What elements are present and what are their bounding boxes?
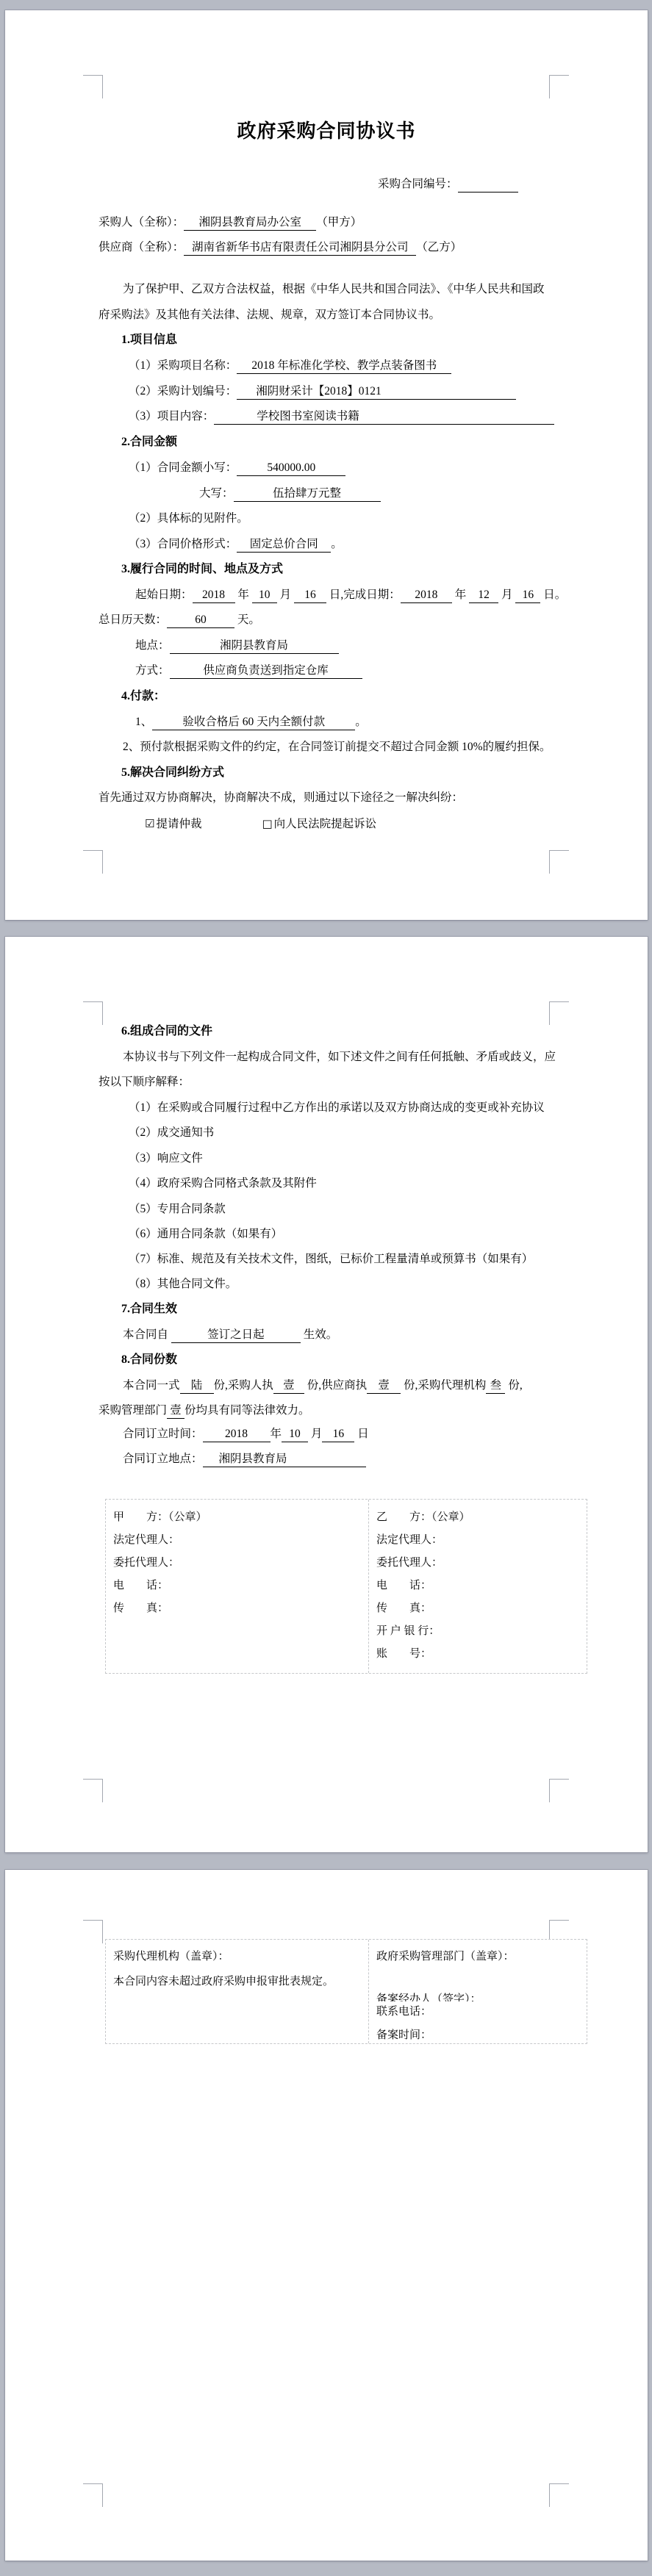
end-day-suffix: 日。: [543, 589, 566, 601]
seal-table: 采购代理机构（盖章）： 本合同内容未超过政府采购申报审批表规定。 政府采购管理部…: [105, 1939, 587, 2044]
amount-caps-label: 大写：: [199, 487, 234, 500]
table-row: 乙 方：（公章）: [376, 1510, 470, 1525]
contract-number-blank: [458, 192, 518, 193]
table-row: 法定代理人：: [376, 1533, 443, 1547]
copies-prefix: 本合同一式: [123, 1379, 180, 1392]
method-value: 供应商负责送到指定仓库: [170, 663, 362, 679]
agency-seal-title: 采购代理机构（盖章）：: [113, 1949, 229, 1964]
table-row: 委托代理人：: [113, 1555, 179, 1570]
section5-heading: 5.解决合同纠纷方式: [121, 765, 224, 781]
margin-mark-bottom-right: [549, 2483, 569, 2507]
supplier-line: 供应商（全称）：湖南省新华书店有限责任公司湘阴县分公司（乙方）: [98, 240, 462, 256]
table-row: 传 真：: [376, 1601, 431, 1616]
admin-registrar-label: 备案经办人（签字）：: [376, 1993, 481, 2001]
start-day: 16: [294, 588, 326, 603]
margin-mark-bottom-left: [83, 2483, 103, 2507]
table-row: 账 号：: [376, 1647, 431, 1661]
project-name-line: （1）采购项目名称：2018 年标准化学校、教学点装备图书: [129, 358, 451, 374]
page-3: 采购代理机构（盖章）： 本合同内容未超过政府采购申报审批表规定。 政府采购管理部…: [5, 1870, 648, 2561]
sign-time-year: 2018: [203, 1427, 271, 1442]
preamble-line-1: 为了保护甲、乙双方合法权益，根据《中华人民共和国合同法》、《中华人民共和国政: [123, 281, 545, 298]
buyer-value: 湘阴县教育局办公室: [184, 215, 316, 231]
admin-cell: 政府采购管理部门（盖章）： 备案经办人（签字）： 联系电话： 备案时间：: [368, 1940, 587, 2043]
calendar-days-line: 总日历天数：60 天。: [98, 612, 260, 628]
unit-year: 年: [237, 589, 249, 601]
margin-mark-top-right: [549, 1001, 569, 1025]
margin-mark-top-left: [83, 75, 103, 98]
project-name-label: （1）采购项目名称：: [129, 359, 237, 372]
copies-seg3: 份,采购代理机构: [404, 1379, 486, 1392]
buyer-label: 采购人（全称）：: [98, 216, 184, 229]
section1-heading: 1.项目信息: [121, 332, 177, 348]
effective-value: 签订之日起: [171, 1328, 301, 1343]
table-row: 电 话：: [376, 1578, 431, 1593]
place-label: 地点：: [135, 639, 170, 652]
arbitration-label: 提请仲裁: [156, 818, 201, 830]
method-label: 方式：: [135, 664, 170, 677]
end-month: 12: [469, 588, 498, 603]
copies-line1: 本合同一式陆份,采购人执壹 份,供应商执壹 份,采购代理机构叁 份,: [123, 1378, 523, 1394]
party-signature-table: 甲 方：（公章） 法定代理人： 委托代理人： 电 话： 传 真： 乙 方：（公章…: [105, 1499, 587, 1674]
amount-label: （1）合同金额小写：: [129, 461, 237, 474]
agency-note: 本合同内容未超过政府采购申报审批表规定。: [113, 1974, 334, 1989]
admin-registrar-clipped: 备案经办人（签字）：: [376, 1992, 481, 2001]
doc-list-item: （5）专用合同条款: [129, 1201, 226, 1217]
project-content-line: （3）项目内容：学校图书室阅读书籍: [129, 409, 554, 425]
section6-heading: 6.组成合同的文件: [121, 1023, 212, 1040]
copies-line2-suffix: 份均具有同等法律效力。: [185, 1404, 310, 1417]
section4-heading: 4.付款：: [121, 688, 165, 705]
preamble-line-2: 府采购法》及其他有关法律、法规、规章，双方签订本合同协议书。: [98, 307, 440, 323]
sign-time-line: 合同订立时间：2018年10 月16 日: [123, 1426, 369, 1442]
price-form-suffix: 。: [331, 538, 343, 550]
doc-list-item: （2）成交通知书: [129, 1125, 214, 1141]
agency-cell: 采购代理机构（盖章）： 本合同内容未超过政府采购申报审批表规定。: [106, 1940, 368, 2043]
method-line: 方式：供应商负责送到指定仓库: [135, 663, 362, 679]
section7-heading: 7.合同生效: [121, 1301, 177, 1317]
table-row: 开 户 银 行：: [376, 1624, 440, 1638]
end-day: 16: [515, 588, 540, 603]
copies-seg1: 份,采购人执: [214, 1379, 273, 1392]
copies-supplier: 壹: [367, 1378, 401, 1394]
margin-mark-bottom-left: [83, 1779, 103, 1802]
payment-item2-line: 2、预付款根据采购文件的约定，在合同签订前提交不超过合同金额 10%的履约担保。: [123, 739, 551, 755]
calendar-days-label: 总日历天数：: [98, 614, 167, 626]
price-form-line: （3）合同价格形式：固定总价合同。: [129, 536, 343, 553]
margin-mark-top-left: [83, 1001, 103, 1025]
sign-place-value: 湘阴县教育局: [203, 1452, 366, 1467]
place-line: 地点：湘阴县教育局: [135, 638, 339, 654]
buyer-tag: （甲方）: [316, 216, 362, 229]
unit-year: 年: [455, 589, 467, 601]
effective-line: 本合同自 签订之日起 生效。: [123, 1327, 337, 1343]
plan-number-line: （2）采购计划编号：湘阴财采计【2018】0121: [129, 384, 516, 400]
payment-item1-suffix: 。: [355, 716, 367, 728]
doc-list-item: （3）响应文件: [129, 1151, 203, 1167]
supplier-value: 湖南省新华书店有限责任公司湘阴县分公司: [184, 240, 416, 256]
contract-number-label: 采购合同编号：: [378, 178, 458, 190]
subject-attachment-line: （2）具体标的见附件。: [129, 511, 248, 527]
table-row: 传 真：: [113, 1601, 168, 1616]
amount-caps-value: 伍拾肆万元整: [234, 486, 381, 502]
payment-item1-value: 验收合格后 60 天内全额付款: [152, 715, 355, 730]
copies-seg2: 份,供应商执: [307, 1379, 367, 1392]
arbitration-option: ☑提请仲裁: [145, 818, 201, 830]
sign-time-label: 合同订立时间：: [123, 1428, 203, 1440]
doc-list-item: （8）其他合同文件。: [129, 1276, 237, 1292]
plan-number-value: 湘阴财采计【2018】0121: [237, 384, 516, 400]
project-content-value: 学校图书室阅读书籍: [214, 409, 554, 425]
margin-mark-bottom-right: [549, 850, 569, 874]
party-b-cell: 乙 方：（公章） 法定代理人： 委托代理人： 电 话： 传 真： 开 户 银 行…: [368, 1500, 587, 1673]
amount-value: 540000.00: [237, 461, 345, 476]
end-year: 2018: [401, 588, 452, 603]
amount-line: （1）合同金额小写：540000.00: [129, 460, 345, 476]
dispute-intro-line: 首先通过双方协商解决，协商解决不成，则通过以下途径之一解决纠纷：: [98, 790, 463, 806]
contract-number-line: 采购合同编号：: [378, 176, 518, 193]
admin-phone: 联系电话：: [376, 2004, 431, 2019]
doc-list-item: （1）在采购或合同履行过程中乙方作出的承诺以及双方协商达成的变更或补充协议: [129, 1100, 545, 1116]
finish-date-label: 日,完成日期：: [329, 589, 401, 601]
margin-mark-top-right: [549, 75, 569, 98]
admin-seal-title: 政府采购管理部门（盖章）：: [376, 1949, 515, 1964]
sec6-intro-line1: 本协议书与下列文件一起构成合同文件，如下述文件之间有任何抵触、矛盾或歧义，应: [123, 1049, 556, 1065]
copies-total: 陆: [180, 1378, 214, 1394]
admin-record-time: 备案时间：: [376, 2028, 431, 2043]
unit-month: 月: [501, 589, 513, 601]
checkbox-checked-icon[interactable]: ☑: [145, 817, 154, 830]
amount-caps-line: 大写：伍拾肆万元整: [199, 486, 381, 502]
supplier-tag: （乙方）: [416, 241, 462, 253]
project-content-label: （3）项目内容：: [129, 410, 214, 422]
price-form-value: 固定总价合同: [237, 537, 331, 553]
buyer-line: 采购人（全称）：湘阴县教育局办公室（甲方）: [98, 215, 362, 231]
lawsuit-label: 向人民法院提起诉讼: [274, 818, 377, 830]
copies-line2: 采购管理部门壹份均具有同等法律效力。: [98, 1403, 310, 1419]
copies-admin: 壹: [167, 1403, 185, 1419]
copies-seg4: 份,: [508, 1379, 522, 1392]
doc-list-item: （7）标准、规范及有关技术文件，图纸，已标价工程量清单或预算书（如果有）: [129, 1251, 533, 1267]
page-1: 政府采购合同协议书 采购合同编号： 采购人（全称）：湘阴县教育局办公室（甲方） …: [5, 10, 648, 920]
doc-list-item: （6）通用合同条款（如果有）: [129, 1226, 282, 1242]
effective-prefix: 本合同自: [123, 1328, 168, 1341]
sign-time-unit-day: 日: [357, 1428, 369, 1440]
dispute-options-line: ☑提请仲裁□向人民法院提起诉讼: [145, 816, 376, 832]
supplier-label: 供应商（全称）：: [98, 241, 184, 253]
section3-heading: 3.履行合同的时间、地点及方式: [121, 561, 283, 578]
checkbox-unchecked-icon[interactable]: □: [262, 817, 272, 830]
sign-time-day: 16: [322, 1427, 354, 1442]
start-year: 2018: [193, 588, 235, 603]
margin-mark-top-left: [83, 1920, 103, 1943]
calendar-days-value: 60: [167, 613, 234, 628]
table-row: 法定代理人：: [113, 1533, 179, 1547]
price-form-label: （3）合同价格形式：: [129, 538, 237, 550]
page-2: 6.组成合同的文件 本协议书与下列文件一起构成合同文件，如下述文件之间有任何抵触…: [5, 937, 648, 1852]
table-row: 电 话：: [113, 1578, 168, 1593]
calendar-days-suffix: 天。: [237, 614, 260, 626]
document-title: 政府采购合同协议书: [5, 116, 648, 143]
section8-heading: 8.合同份数: [121, 1352, 177, 1368]
table-row: 甲 方：（公章）: [113, 1510, 207, 1525]
copies-line2-prefix: 采购管理部门: [98, 1404, 167, 1417]
party-a-cell: 甲 方：（公章） 法定代理人： 委托代理人： 电 话： 传 真：: [106, 1500, 368, 1673]
copies-buyer: 壹: [273, 1378, 304, 1394]
copies-agency: 叁: [486, 1378, 505, 1394]
dates-line: 起始日期：2018 年 10 月 16 日,完成日期：2018 年 12 月 1…: [135, 587, 566, 603]
effective-suffix: 生效。: [304, 1328, 338, 1341]
sign-time-month: 10: [282, 1427, 308, 1442]
sign-time-unit-year: 年: [271, 1428, 282, 1440]
doc-list-item: （4）政府采购合同格式条款及其附件: [129, 1176, 317, 1192]
sec6-intro-line2: 按以下顺序解释：: [98, 1074, 190, 1090]
document-viewer: { "document": { "title": "政府采购合同协议书", "c…: [0, 0, 652, 2576]
start-date-label: 起始日期：: [135, 589, 193, 601]
unit-month: 月: [280, 589, 292, 601]
margin-mark-bottom-left: [83, 850, 103, 874]
plan-number-label: （2）采购计划编号：: [129, 385, 237, 397]
payment-item1-line: 1、验收合格后 60 天内全额付款。: [135, 714, 367, 730]
start-month: 10: [252, 588, 277, 603]
lawsuit-option: □向人民法院提起诉讼: [262, 818, 376, 830]
project-name-value: 2018 年标准化学校、教学点装备图书: [237, 359, 451, 374]
table-row: 委托代理人：: [376, 1555, 443, 1570]
margin-mark-bottom-right: [549, 1779, 569, 1802]
section2-heading: 2.合同金额: [121, 434, 177, 450]
payment-item1-prefix: 1、: [135, 716, 152, 728]
sign-place-line: 合同订立地点：湘阴县教育局: [123, 1451, 366, 1467]
sign-time-unit-month: 月: [311, 1428, 323, 1440]
sign-place-label: 合同订立地点：: [123, 1453, 203, 1465]
place-value: 湘阴县教育局: [170, 638, 339, 654]
